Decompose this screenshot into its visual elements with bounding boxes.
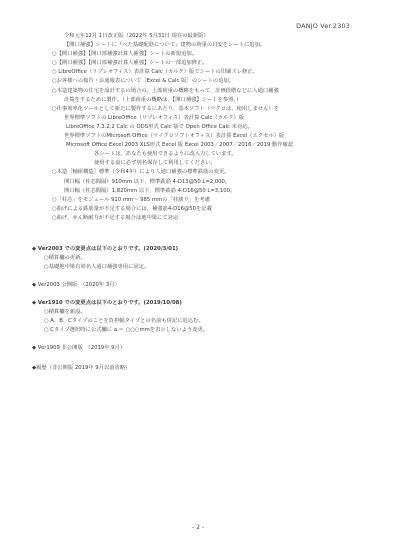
note-line: 各シートは、あなたも使用できるように改入力しています。: [52, 150, 372, 159]
doc-version-header: DANJO Ver.2303: [296, 22, 350, 30]
note-line: ○【開口補強】【開口部補強計算人補強】シートの新規追加。: [52, 50, 372, 59]
note-line: LibreOffice 7.3.2.2 Calc の ODS形式 Calc 版で…: [52, 123, 372, 132]
section-title: ◆履歴（非公開版 2019年 9月以前省略）: [32, 364, 362, 373]
release-ver1909: ◆ Ver1909 非公開版 （2019年 9月）: [32, 344, 362, 353]
section-title: ◆ Ver2003 公開版 （2020年 3月）: [32, 281, 362, 290]
section-title: ◆ Ver1910 での変更点は以下のとおりです。(2019/10/08): [32, 299, 362, 308]
note-line: 【開口補強】シートに『べた基礎配筋について』建物の荷重の目安をシートに追加。: [52, 41, 372, 50]
section-title: ◆ Ver1909 非公開版 （2019年 9月）: [32, 344, 362, 353]
note-line: Microsoft Office Excel 2003 XLS形式 Excel …: [52, 141, 372, 150]
note-line: 開口幅（柱芯間隔）1,820mm 以下、標準鉄筋 4-D16@50 L=3,10…: [52, 187, 372, 196]
changelog-ver2003: ◆ Ver2003 での変更点は以下のとおりです。(2020/3/01) ○積算…: [32, 245, 362, 272]
section-title: ◆ Ver2003 での変更点は以下のとおりです。(2020/3/01): [32, 245, 362, 254]
note-line: ○ LibreOffice（リブレオフィス）表計算 Calc（カルク）版でシート…: [52, 68, 372, 77]
section-item: ○ Cタイプ選択時に公式欄に a ＝ ○○○mmを表示しないよう変更。: [32, 326, 362, 335]
section-item: ○積算欄の更新。: [32, 254, 362, 263]
note-line: ○曲げ、せん断耐力が不足する場合は地中梁にて対応: [52, 214, 372, 223]
document-page: DANJO Ver.2303 令和元年12月 1日改正版（2022年 5月31日…: [0, 0, 396, 560]
note-line: ○お客様への報告・お通報表について［Excel & Calc 版］のシートの追加…: [52, 77, 372, 86]
release-ver2003: ◆ Ver2003 公開版 （2020年 3月）: [32, 281, 362, 290]
page-number: - 2 -: [0, 524, 396, 531]
note-line: ○【開口補強】【開口部補強計算人補強】シートの一部追加修正。: [52, 59, 372, 68]
note-line: ○「柱芯」をモジュール 910 mm～ 985 mmの「柱割り」を考慮: [52, 196, 372, 205]
note-line: 使用する前に必ず別名保存して利用してください。: [52, 159, 372, 168]
note-line: 世界標準ソフトのMicrosoft Office（マイクロソフトオフィス）表計算…: [52, 132, 372, 141]
note-line: ○仕事効率化ツールとして新たに製作するにあたり、基本ソフト（マクロは、使用しませ…: [52, 105, 372, 114]
note-line: ○曲げによる鉄筋量が不足する場合には、補強筋4-D16@50を記載: [52, 205, 372, 214]
section-item: ○基礎地中梁有効名人通口補強専用に固定。: [32, 263, 362, 272]
changelog-ver1910: ◆ Ver1910 での変更点は以下のとおりです。(2019/10/08) ○積…: [32, 299, 362, 335]
section-item: ○積算欄を新設。: [32, 308, 362, 317]
note-line: 世界標準ソフトの LibreOffice（リブレオフィス）表計算 Calc（カル…: [52, 114, 372, 123]
history-note: ◆履歴（非公開版 2019年 9月以前省略）: [32, 364, 362, 373]
note-line: 計算をするために製作。（上部荷重の概略は、【開口補強】シートを参照。）: [52, 96, 372, 105]
revision-notes-block: 令和元年12月 1日改正版（2022年 5月31日 現在の最新版）【開口補強】シ…: [52, 32, 372, 223]
note-line: ○木造［軸組構造］標準（令和4年）により人通口補強の標準鉄筋の変更。: [52, 168, 372, 177]
note-line: 開口幅（柱芯間隔）910mm 以下、標準鉄筋 4-D13@50 L=2,000。: [52, 178, 372, 187]
note-line: 令和元年12月 1日改正版（2022年 5月31日 現在の最新版）: [52, 32, 372, 41]
section-item: ○ A、B、Cタイプのことを負担幅タイプとの名前も併記に追込む。: [32, 317, 362, 326]
note-line: ○木造建築物の住宅を設計するの場合の、上部荷重の概略をもって、計画段階などに人通…: [52, 87, 372, 96]
